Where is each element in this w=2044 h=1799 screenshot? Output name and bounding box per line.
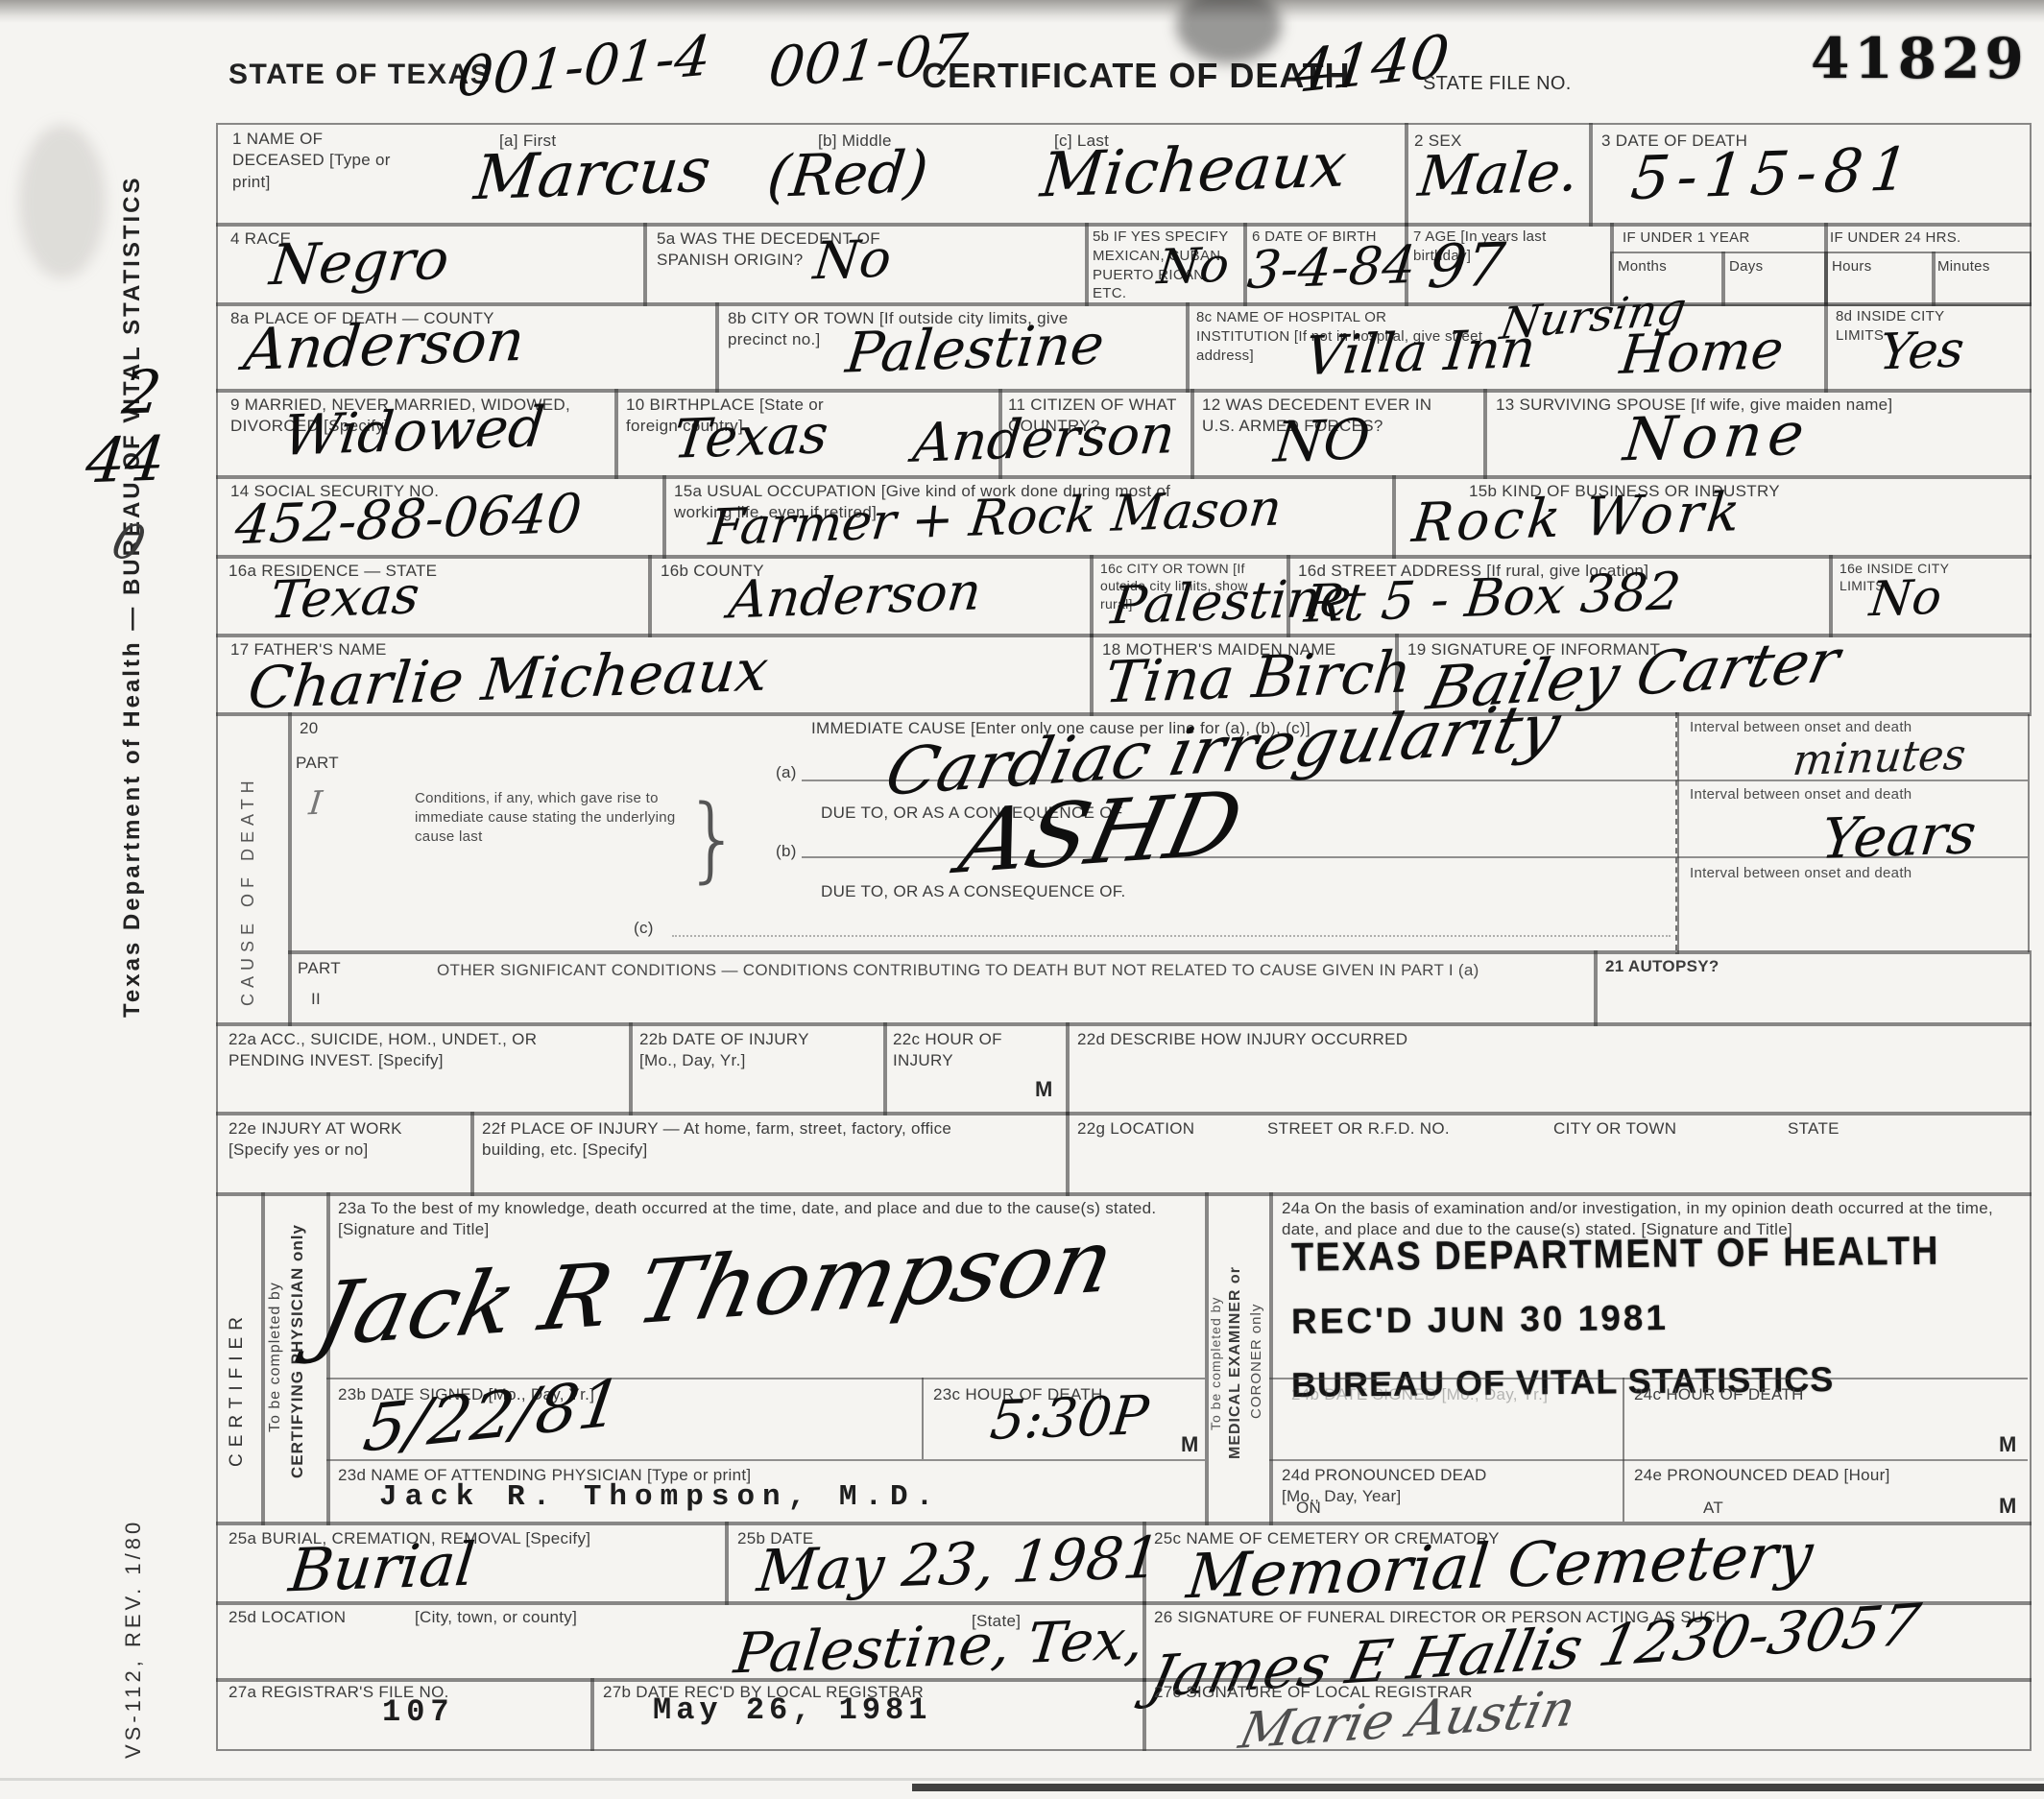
due-to-2-label: DUE TO, OR AS A CONSEQUENCE OF.	[821, 881, 1126, 902]
field-24d-on-label: ON	[1296, 1498, 1321, 1519]
field-16d-value: Rt 5 - Box 382	[1302, 565, 1683, 631]
field-13-value: None	[1621, 404, 1813, 470]
interval-value-2: Years	[1819, 805, 1979, 867]
certifier-vertical-label: CERTIFIER	[227, 1310, 248, 1467]
field-12-value: NO	[1272, 411, 1373, 469]
field-25b-value: May 23, 1981	[755, 1529, 1164, 1601]
field-24b-24c-divider	[1623, 1378, 1624, 1522]
department-vertical-label: Texas Department of Health — BUREAU OF V…	[119, 175, 146, 1018]
cause-line-b-label: (b)	[776, 841, 797, 862]
field-25d-city-label: [City, town, or county]	[415, 1607, 577, 1628]
field-22a-label: 22a ACC., SUICIDE, HOM., UNDET., OR PEND…	[228, 1029, 593, 1072]
handwritten-registrar-code: 001-01-4	[455, 28, 713, 105]
field-1-nickname-value: (Red)	[764, 143, 930, 206]
field-24b-label: 24b DATE SIGNED [Mo., Day, Yr.]	[1291, 1384, 1548, 1405]
field-18-value: Tina Birch	[1102, 643, 1414, 711]
field-22g-state-label: STATE	[1788, 1118, 1840, 1139]
field-8c-value-part3: Home	[1618, 324, 1786, 383]
field-22f-label: 22f PLACE OF INJURY — At home, farm, str…	[482, 1118, 1020, 1162]
certifier-subrow-rule-1	[326, 1378, 1205, 1379]
field-3-value: 5-15-81	[1628, 139, 1919, 208]
cause-of-death-vertical-label: CAUSE OF DEATH	[238, 775, 258, 1006]
field-8a-value: Anderson	[241, 312, 527, 379]
coroner-vertical: CORONER only	[1248, 1304, 1264, 1419]
field-24c-label: 24c HOUR OF DEATH	[1634, 1384, 1804, 1405]
margin-handwritten-mark-2: 44	[83, 429, 168, 493]
field-10-value: Texas	[671, 408, 830, 468]
part2-roman: II	[311, 989, 321, 1010]
certifier-completed-by-vertical: To be completed by	[267, 1282, 284, 1432]
field-14-value: 452-88-0640	[232, 488, 584, 553]
field-22g-label: 22g LOCATION	[1077, 1118, 1194, 1139]
field-23c-meridian: M	[1181, 1432, 1198, 1457]
medical-examiner-vertical: MEDICAL EXAMINER or	[1227, 1266, 1244, 1459]
scan-line-bottom-dark	[912, 1784, 2044, 1791]
field-24c-meridian: M	[1999, 1432, 2016, 1457]
field-7-value: 97	[1426, 235, 1508, 298]
certificate-title: CERTIFICATE OF DEATH	[922, 53, 1351, 99]
cause-line-a-label: (a)	[776, 762, 797, 783]
received-stamp-line1: TEXAS DEPARTMENT OF HEALTH	[1291, 1232, 1940, 1279]
field-22d-label: 22d DESCRIBE HOW INJURY OCCURRED	[1077, 1029, 1407, 1050]
field-22g-city-label: CITY OR TOWN	[1553, 1118, 1676, 1139]
field-22e-label: 22e INJURY AT WORK [Specify yes or no]	[228, 1118, 440, 1162]
field-16a-value: Texas	[268, 569, 422, 626]
field-8d-value: Yes	[1877, 324, 1966, 377]
field-6-value: 3-4-84	[1245, 239, 1418, 297]
field-24e-at-label: AT	[1703, 1498, 1723, 1519]
cause-line-c-label: (c)	[634, 918, 654, 939]
under-1-year-label: IF UNDER 1 YEAR	[1623, 228, 1750, 248]
stamped-state-file-number: 41829	[1811, 31, 2029, 86]
scan-smudge	[19, 125, 106, 278]
field-23c-value: 5:30P	[988, 1389, 1151, 1449]
field-1-label: 1 NAME OF DECEASED [Type or print]	[232, 129, 391, 193]
examiner-subrow-rule-1	[1269, 1378, 2028, 1379]
field-22b-label: 22b DATE OF INJURY [Mo., Day, Yr.]	[639, 1029, 851, 1072]
days-label: Days	[1729, 257, 1763, 276]
death-certificate-scan: Texas Department of Health — BUREAU OF V…	[0, 0, 2044, 1799]
state-file-no-label: STATE FILE NO.	[1423, 71, 1572, 96]
part2-label: PART	[298, 958, 341, 979]
field-8b-value: Palestine	[843, 316, 1106, 380]
minutes-label: Minutes	[1937, 257, 1990, 276]
interval-label-2: Interval between onset and death	[1690, 785, 1920, 804]
field-9-value: Widowed	[280, 398, 547, 463]
scan-noise-band	[0, 0, 2044, 23]
form-code-vertical-label: VS-112, REV. 1/80	[121, 1519, 146, 1759]
certifying-physician-vertical: CERTIFYING PHYSICIAN only	[288, 1224, 307, 1478]
field-22g-street-label: STREET OR R.F.D. NO.	[1267, 1118, 1450, 1139]
field-20-number: 20	[300, 718, 319, 739]
field-25a-value: Burial	[286, 1535, 477, 1601]
months-label: Months	[1618, 257, 1667, 276]
field-27a-value: 107	[382, 1697, 455, 1728]
field-23d-value: Jack R. Thompson, M.D.	[379, 1482, 941, 1512]
field-16e-value: No	[1867, 573, 1943, 624]
field-22c-meridian: M	[1035, 1077, 1052, 1102]
certifier-subrow-rule-2	[326, 1459, 1205, 1461]
field-5a-value: No	[811, 233, 894, 288]
part1-label: PART	[296, 753, 339, 774]
field-23b-23c-divider	[922, 1378, 924, 1459]
field-24e-meridian: M	[1999, 1494, 2016, 1519]
field-17-value: Charlie Micheaux	[246, 642, 771, 718]
interval-value-1: minutes	[1791, 734, 1967, 782]
part2-text: OTHER SIGNIFICANT CONDITIONS — CONDITION…	[437, 960, 1579, 981]
scan-line-bottom-faint	[0, 1778, 2044, 1781]
field-15b-value: Rock Work	[1409, 486, 1746, 551]
field-22c-label: 22c HOUR OF INJURY	[893, 1029, 1018, 1072]
field-24e-label: 24e PRONOUNCED DEAD [Hour]	[1634, 1465, 1999, 1486]
hours-label: Hours	[1832, 257, 1872, 276]
field-21-label: 21 AUTOPSY?	[1605, 956, 1719, 977]
examiner-completed-by-vertical: To be completed by	[1208, 1297, 1223, 1430]
field-25d-value: Palestine, Tex,	[732, 1612, 1146, 1682]
examiner-subrow-rule-2	[1269, 1459, 2028, 1461]
cause-b-value: ASHD	[953, 780, 1249, 887]
field-11-value: Anderson	[910, 408, 1177, 470]
field-22g-cell	[1066, 1112, 2032, 1196]
field-16b-value: Anderson	[727, 565, 984, 626]
field-1-last-value: Micheaux	[1038, 134, 1350, 206]
cause-line-c-rule	[672, 935, 1671, 937]
conditions-brace: }	[684, 785, 742, 893]
under-24-hrs-label: IF UNDER 24 HRS.	[1830, 228, 1961, 248]
state-of-texas-label: STATE OF TEXAS	[228, 56, 491, 94]
conditions-note: Conditions, if any, which gave rise to i…	[415, 789, 693, 846]
field-25d-label: 25d LOCATION	[228, 1607, 346, 1628]
field-2-value: Male.	[1416, 143, 1581, 204]
field-1-first-value: Marcus	[471, 140, 713, 209]
received-stamp-line2: REC'D JUN 30 1981	[1291, 1300, 1669, 1339]
field-27b-value: May 26, 1981	[653, 1695, 931, 1726]
interval-label-3: Interval between onset and death	[1690, 864, 1920, 883]
margin-handwritten-mark-1: 2	[120, 362, 164, 422]
field-4-value: Negro	[268, 231, 452, 293]
field-5b-value: No	[1155, 241, 1231, 292]
